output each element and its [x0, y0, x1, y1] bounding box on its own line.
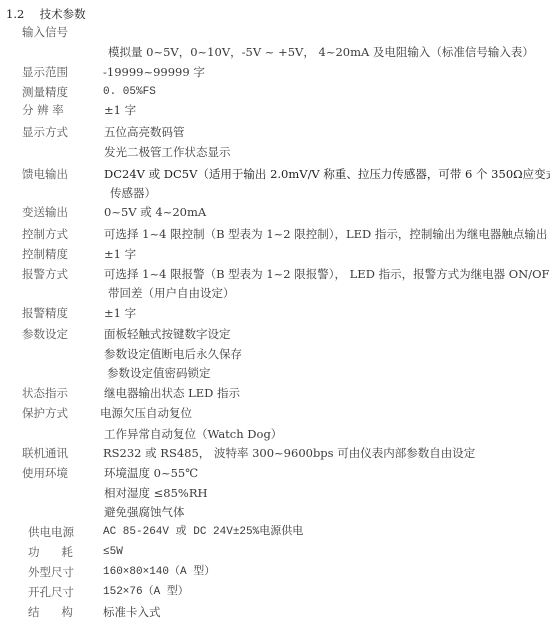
value-feed-output-1: DC24V 或 DC5V（适用于输出 2.0mV/V 称重、拉压力传感器，可带 … [104, 167, 550, 181]
value-resolution: ±1 字 [104, 103, 136, 117]
label-protection: 保护方式 [22, 406, 68, 420]
label-dimensions: 外型尺寸 [28, 565, 74, 579]
label-resolution: 分 辨 率 [22, 103, 64, 117]
value-cutout: 152×76（A 型） [103, 585, 189, 599]
value-display-mode-2: 发光二极管工作状态显示 [104, 145, 231, 159]
label-control-accuracy: 控制精度 [22, 247, 68, 261]
label-input-signal: 输入信号 [22, 25, 68, 39]
label-display-range: 显示范围 [22, 65, 68, 79]
value-protection-2: 工作异常自动复位（Watch Dog） [104, 427, 282, 441]
value-param-setting-2: 参数设定值断电后永久保存 [104, 347, 242, 361]
label-transmit-output: 变送输出 [22, 205, 68, 219]
value-accuracy: 0. 05%FS [103, 85, 156, 99]
label-structure: 结 构 [28, 605, 73, 619]
section-heading: 1.2 技术参数 [6, 7, 86, 21]
value-communication: RS232 或 RS485， 波特率 300~9600bps 可由仪表内部参数自… [103, 446, 475, 460]
label-power-consumption: 功 耗 [28, 545, 73, 559]
label-alarm-mode: 报警方式 [22, 267, 68, 281]
value-alarm-mode-1: 可选择 1~4 限报警（B 型表为 1~2 限报警）， LED 指示，报警方式为… [104, 267, 550, 281]
label-status-indication: 状态指示 [22, 386, 68, 400]
value-display-range: -19999~99999 字 [103, 65, 205, 79]
value-param-setting-3: 参数设定值密码锁定 [107, 366, 211, 380]
value-alarm-accuracy: ±1 字 [104, 306, 136, 320]
value-feed-output-2: 传感器） [110, 186, 156, 200]
value-input-signal: 模拟量 0~5V，0~10V，-5V ~ +5V， 4~20mA 及电阻输入（标… [108, 45, 534, 59]
value-dimensions: 160×80×140（A 型） [103, 565, 215, 579]
section-title: 技术参数 [40, 7, 86, 21]
value-power-supply: AC 85-264V 或 DC 24V±25%电源供电 [103, 525, 303, 539]
value-alarm-mode-2: 带回差（用户自由设定） [108, 286, 235, 300]
value-status-indication: 继电器输出状态 LED 指示 [104, 386, 240, 400]
value-param-setting-1: 面板轻触式按键数字设定 [104, 327, 231, 341]
label-accuracy: 测量精度 [22, 85, 68, 99]
label-cutout: 开孔尺寸 [28, 585, 74, 599]
value-protection-1: 电源欠压自动复位 [100, 406, 192, 420]
value-control-accuracy: ±1 字 [104, 247, 136, 261]
value-structure: 标准卡入式 [103, 605, 161, 619]
value-power-consumption: ≤5W [103, 545, 123, 559]
value-display-mode-1: 五位高亮数码管 [104, 125, 185, 139]
value-environment-2: 相对湿度 ≤85%RH [104, 486, 208, 500]
label-environment: 使用环境 [22, 466, 68, 480]
label-power-supply: 供电电源 [28, 525, 74, 539]
label-display-mode: 显示方式 [22, 125, 68, 139]
label-control-mode: 控制方式 [22, 227, 68, 241]
value-environment-1: 环境温度 0~55℃ [104, 466, 198, 480]
section-number: 1.2 [6, 7, 24, 21]
value-control-mode: 可选择 1~4 限控制（B 型表为 1~2 限控制），LED 指示，控制输出为继… [104, 227, 547, 241]
label-alarm-accuracy: 报警精度 [22, 306, 68, 320]
label-communication: 联机通讯 [22, 446, 68, 460]
label-feed-output: 馈电输出 [22, 167, 68, 181]
label-param-setting: 参数设定 [22, 327, 68, 341]
value-transmit-output: 0~5V 或 4~20mA [104, 205, 206, 219]
value-environment-3: 避免强腐蚀气体 [104, 505, 185, 519]
